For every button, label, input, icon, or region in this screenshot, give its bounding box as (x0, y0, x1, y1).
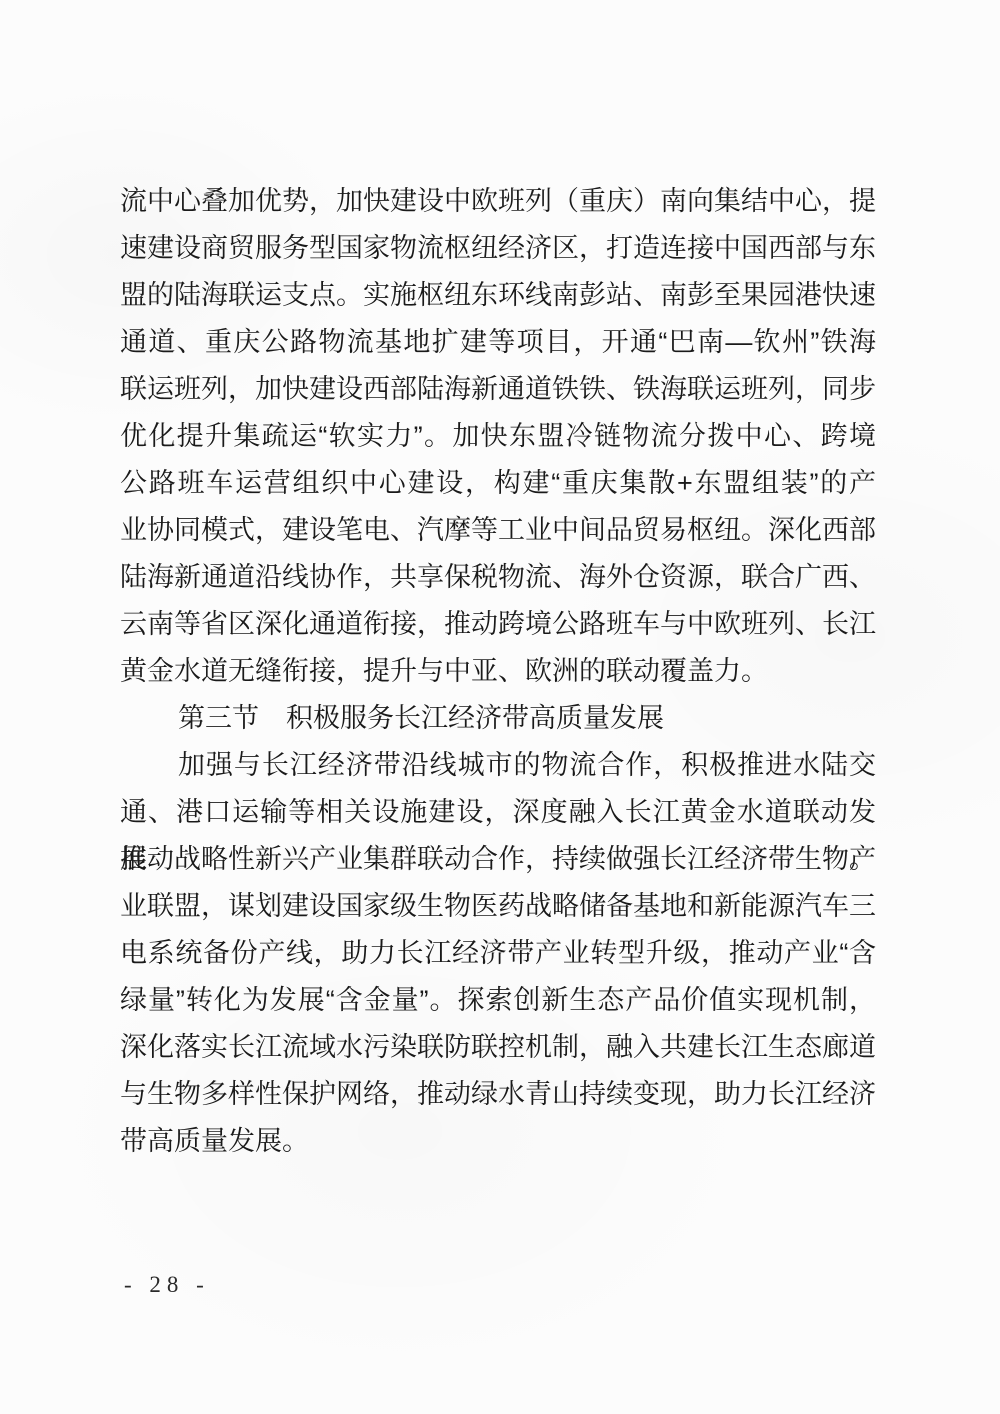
text-line: 云南等省区深化通道衔接，推动跨境公路班车与中欧班列、长江 (120, 601, 876, 648)
text-line: 推动战略性新兴产业集群联动合作，持续做强长江经济带生物产 (120, 836, 876, 883)
text-line: 联运班列，加快建设西部陆海新通道铁铁、铁海联运班列，同步 (120, 366, 876, 413)
document-body: 流中心叠加优势，加快建设中欧班列（重庆）南向集结中心，提 速建设商贸服务型国家物… (120, 178, 876, 1165)
text-line: 优化提升集疏运“软实力”。加快东盟冷链物流分拨中心、跨境 (120, 413, 876, 460)
text-line: 公路班车运营组织中心建设，构建“重庆集散+东盟组装”的产 (120, 460, 876, 507)
text-line: 黄金水道无缝衔接，提升与中亚、欧洲的联动覆盖力。 (120, 648, 876, 695)
text-line: 电系统备份产线，助力长江经济带产业转型升级，推动产业“含 (120, 930, 876, 977)
text-line: 通、港口运输等相关设施建设，深度融入长江黄金水道联动发展。 (120, 789, 876, 836)
text-line: 绿量”转化为发展“含金量”。探索创新生态产品价值实现机制， (120, 977, 876, 1024)
text-line: 深化落实长江流域水污染联防联控机制，融入共建长江生态廊道 (120, 1024, 876, 1071)
section-heading: 第三节 积极服务长江经济带高质量发展 (120, 695, 876, 742)
text-line: 盟的陆海联运支点。实施枢纽东环线南彭站、南彭至果园港快速 (120, 272, 876, 319)
text-line: 流中心叠加优势，加快建设中欧班列（重庆）南向集结中心，提 (120, 178, 876, 225)
text-line: 带高质量发展。 (120, 1118, 876, 1165)
text-line: 加强与长江经济带沿线城市的物流合作，积极推进水陆交 (120, 742, 876, 789)
paragraph-1: 流中心叠加优势，加快建设中欧班列（重庆）南向集结中心，提 速建设商贸服务型国家物… (120, 178, 876, 695)
text-line: 陆海新通道沿线协作，共享保税物流、海外仓资源，联合广西、 (120, 554, 876, 601)
paragraph-2: 加强与长江经济带沿线城市的物流合作，积极推进水陆交 通、港口运输等相关设施建设，… (120, 742, 876, 1165)
text-line: 与生物多样性保护网络，推动绿水青山持续变现，助力长江经济 (120, 1071, 876, 1118)
text-line: 速建设商贸服务型国家物流枢纽经济区，打造连接中国西部与东 (120, 225, 876, 272)
text-line: 业联盟，谋划建设国家级生物医药战略储备基地和新能源汽车三 (120, 883, 876, 930)
document-page: 流中心叠加优势，加快建设中欧班列（重庆）南向集结中心，提 速建设商贸服务型国家物… (0, 0, 1000, 1414)
text-line: 业协同模式，建设笔电、汽摩等工业中间品贸易枢纽。深化西部 (120, 507, 876, 554)
text-line: 通道、重庆公路物流基地扩建等项目，开通“巴南—钦州”铁海 (120, 319, 876, 366)
page-number: - 28 - (124, 1272, 210, 1298)
